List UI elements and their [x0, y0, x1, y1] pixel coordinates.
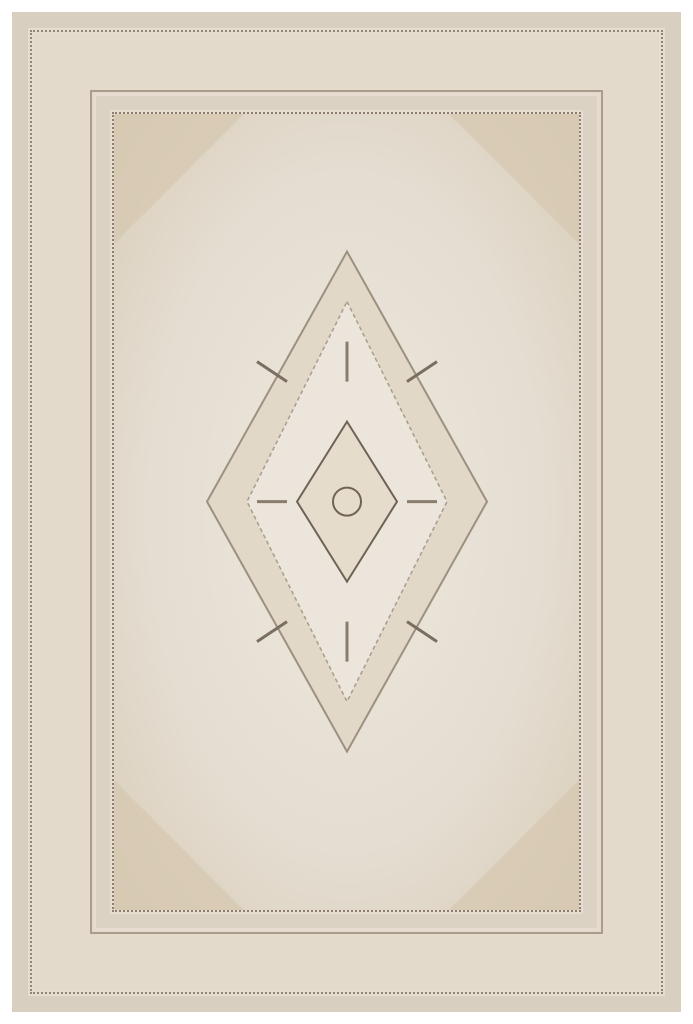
- rug-photo: Faded beige and ivory rug with central g…: [12, 12, 681, 1012]
- spandrel-top-right: [449, 114, 579, 244]
- rug-field: [114, 114, 579, 910]
- spandrel-top-left: [114, 114, 244, 244]
- spandrel-bottom-left: [114, 780, 244, 910]
- central-medallion: [197, 242, 497, 762]
- spandrel-bottom-right: [449, 780, 579, 910]
